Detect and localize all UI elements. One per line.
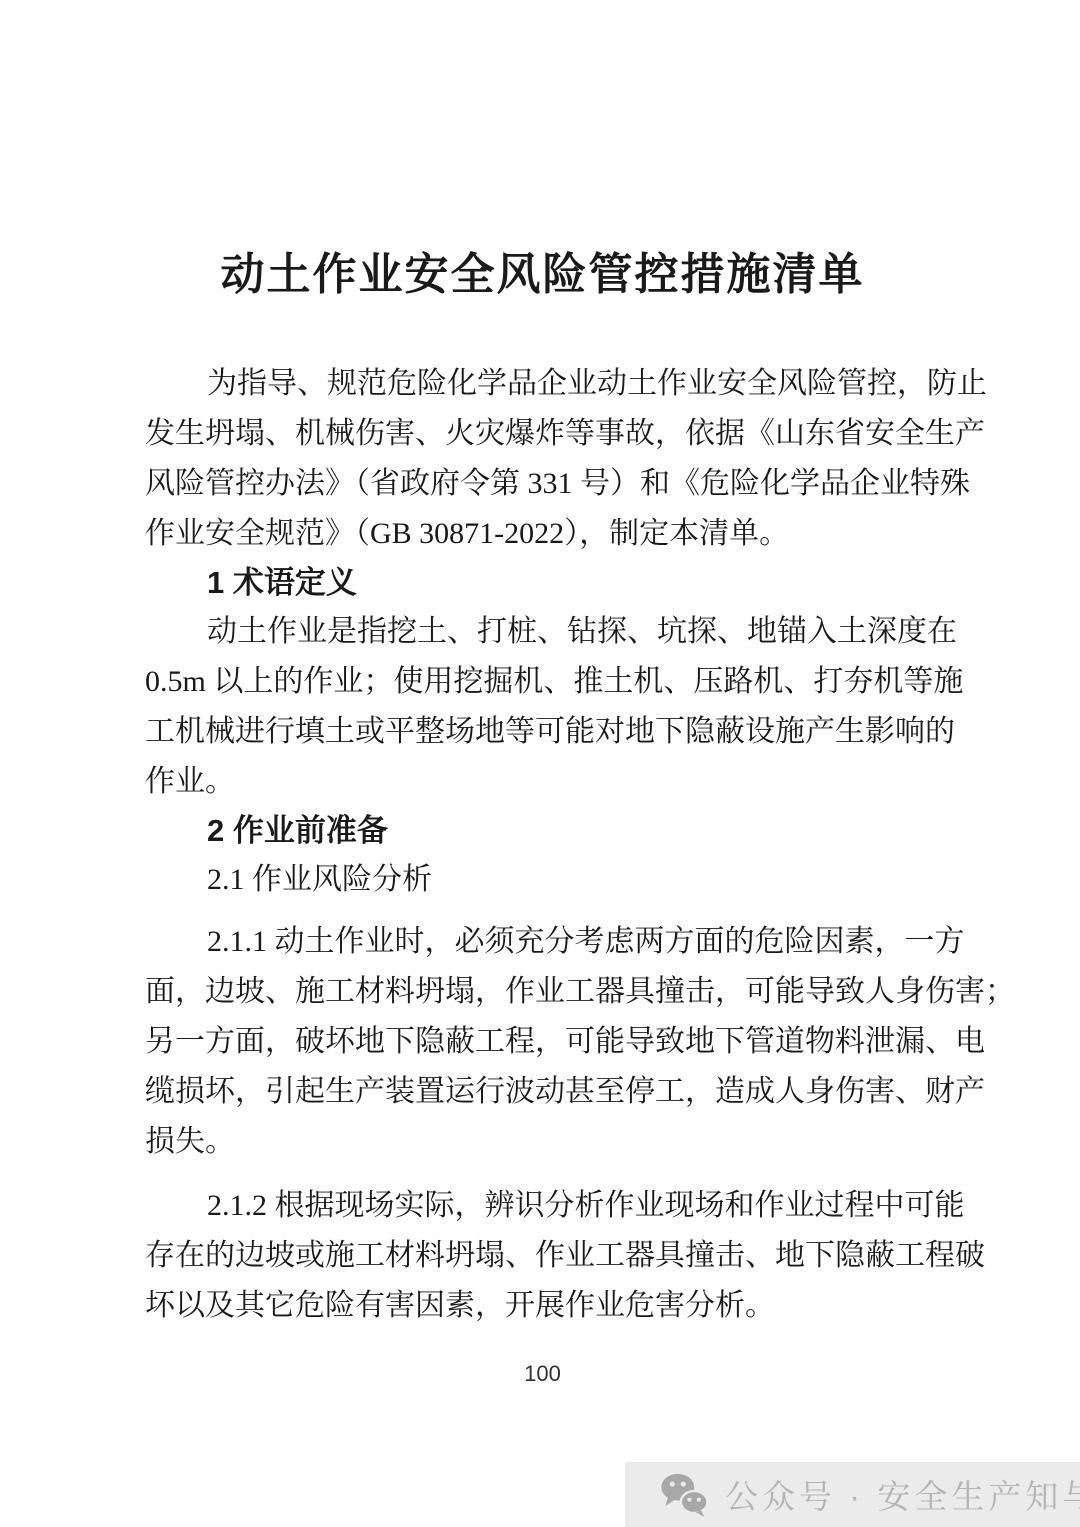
document-page: 动土作业安全风险管控措施清单 为指导、规范危险化学品企业动土作业安全风险管控，防…: [0, 0, 1080, 1527]
terms-paragraph: 动土作业是指挖土、打桩、钻探、坑探、地锚入土深度在 0.5m 以上的作业；使用挖…: [145, 607, 940, 807]
text-line: 缆损坏，引起生产装置运行波动甚至停工，造成人身伤害、财产: [145, 1067, 940, 1117]
section-2-heading: 2 作业前准备: [145, 807, 940, 855]
watermark-band: 公众号 · 安全生产知与行: [625, 1462, 1080, 1527]
text-line: 损失。: [145, 1117, 940, 1167]
text-line: 发生坍塌、机械伤害、火灾爆炸等事故，依据《山东省安全生产: [145, 409, 940, 459]
text-line: 坏以及其它危险有害因素，开展作业危害分析。: [145, 1281, 940, 1331]
watermark-text: 公众号 · 安全生产知与行: [725, 1471, 1080, 1518]
paragraph-2-1-1: 2.1.1 动土作业时，必须充分考虑两方面的危险因素，一方 面，边坡、施工材料坍…: [145, 917, 940, 1167]
text-line: 2.1.2 根据现场实际，辨识分析作业现场和作业过程中可能: [145, 1181, 940, 1231]
text-line: 2.1.1 动土作业时，必须充分考虑两方面的危险因素，一方: [145, 917, 940, 967]
text-line: 作业。: [145, 757, 940, 807]
text-line: 作业安全规范》（GB 30871-2022），制定本清单。: [145, 509, 940, 559]
section-2-1-heading: 2.1 作业风险分析: [145, 855, 940, 905]
text-line: 0.5m 以上的作业；使用挖掘机、推土机、压路机、打夯机等施: [145, 657, 940, 707]
paragraph-2-1-2: 2.1.2 根据现场实际，辨识分析作业现场和作业过程中可能 存在的边坡或施工材料…: [145, 1181, 940, 1331]
text-line: 风险管控办法》（省政府令第 331 号）和《危险化学品企业特殊: [145, 459, 940, 509]
wechat-icon: [659, 1473, 709, 1517]
text-line: 面，边坡、施工材料坍塌，作业工器具撞击，可能导致人身伤害；: [145, 967, 940, 1017]
document-body: 为指导、规范危险化学品企业动土作业安全风险管控，防止 发生坍塌、机械伤害、火灾爆…: [145, 359, 940, 1387]
text-line: 为指导、规范危险化学品企业动土作业安全风险管控，防止: [145, 359, 940, 409]
text-line: 另一方面，破坏地下隐蔽工程，可能导致地下管道物料泄漏、电: [145, 1017, 940, 1067]
text-line: 工机械进行填土或平整场地等可能对地下隐蔽设施产生影响的: [145, 707, 940, 757]
page-title: 动土作业安全风险管控措施清单: [145, 243, 940, 307]
section-1-heading: 1 术语定义: [145, 559, 940, 607]
page-number: 100: [145, 1361, 940, 1387]
text-line: 动土作业是指挖土、打桩、钻探、坑探、地锚入土深度在: [145, 607, 940, 657]
intro-paragraph: 为指导、规范危险化学品企业动土作业安全风险管控，防止 发生坍塌、机械伤害、火灾爆…: [145, 359, 940, 559]
text-line: 存在的边坡或施工材料坍塌、作业工器具撞击、地下隐蔽工程破: [145, 1231, 940, 1281]
